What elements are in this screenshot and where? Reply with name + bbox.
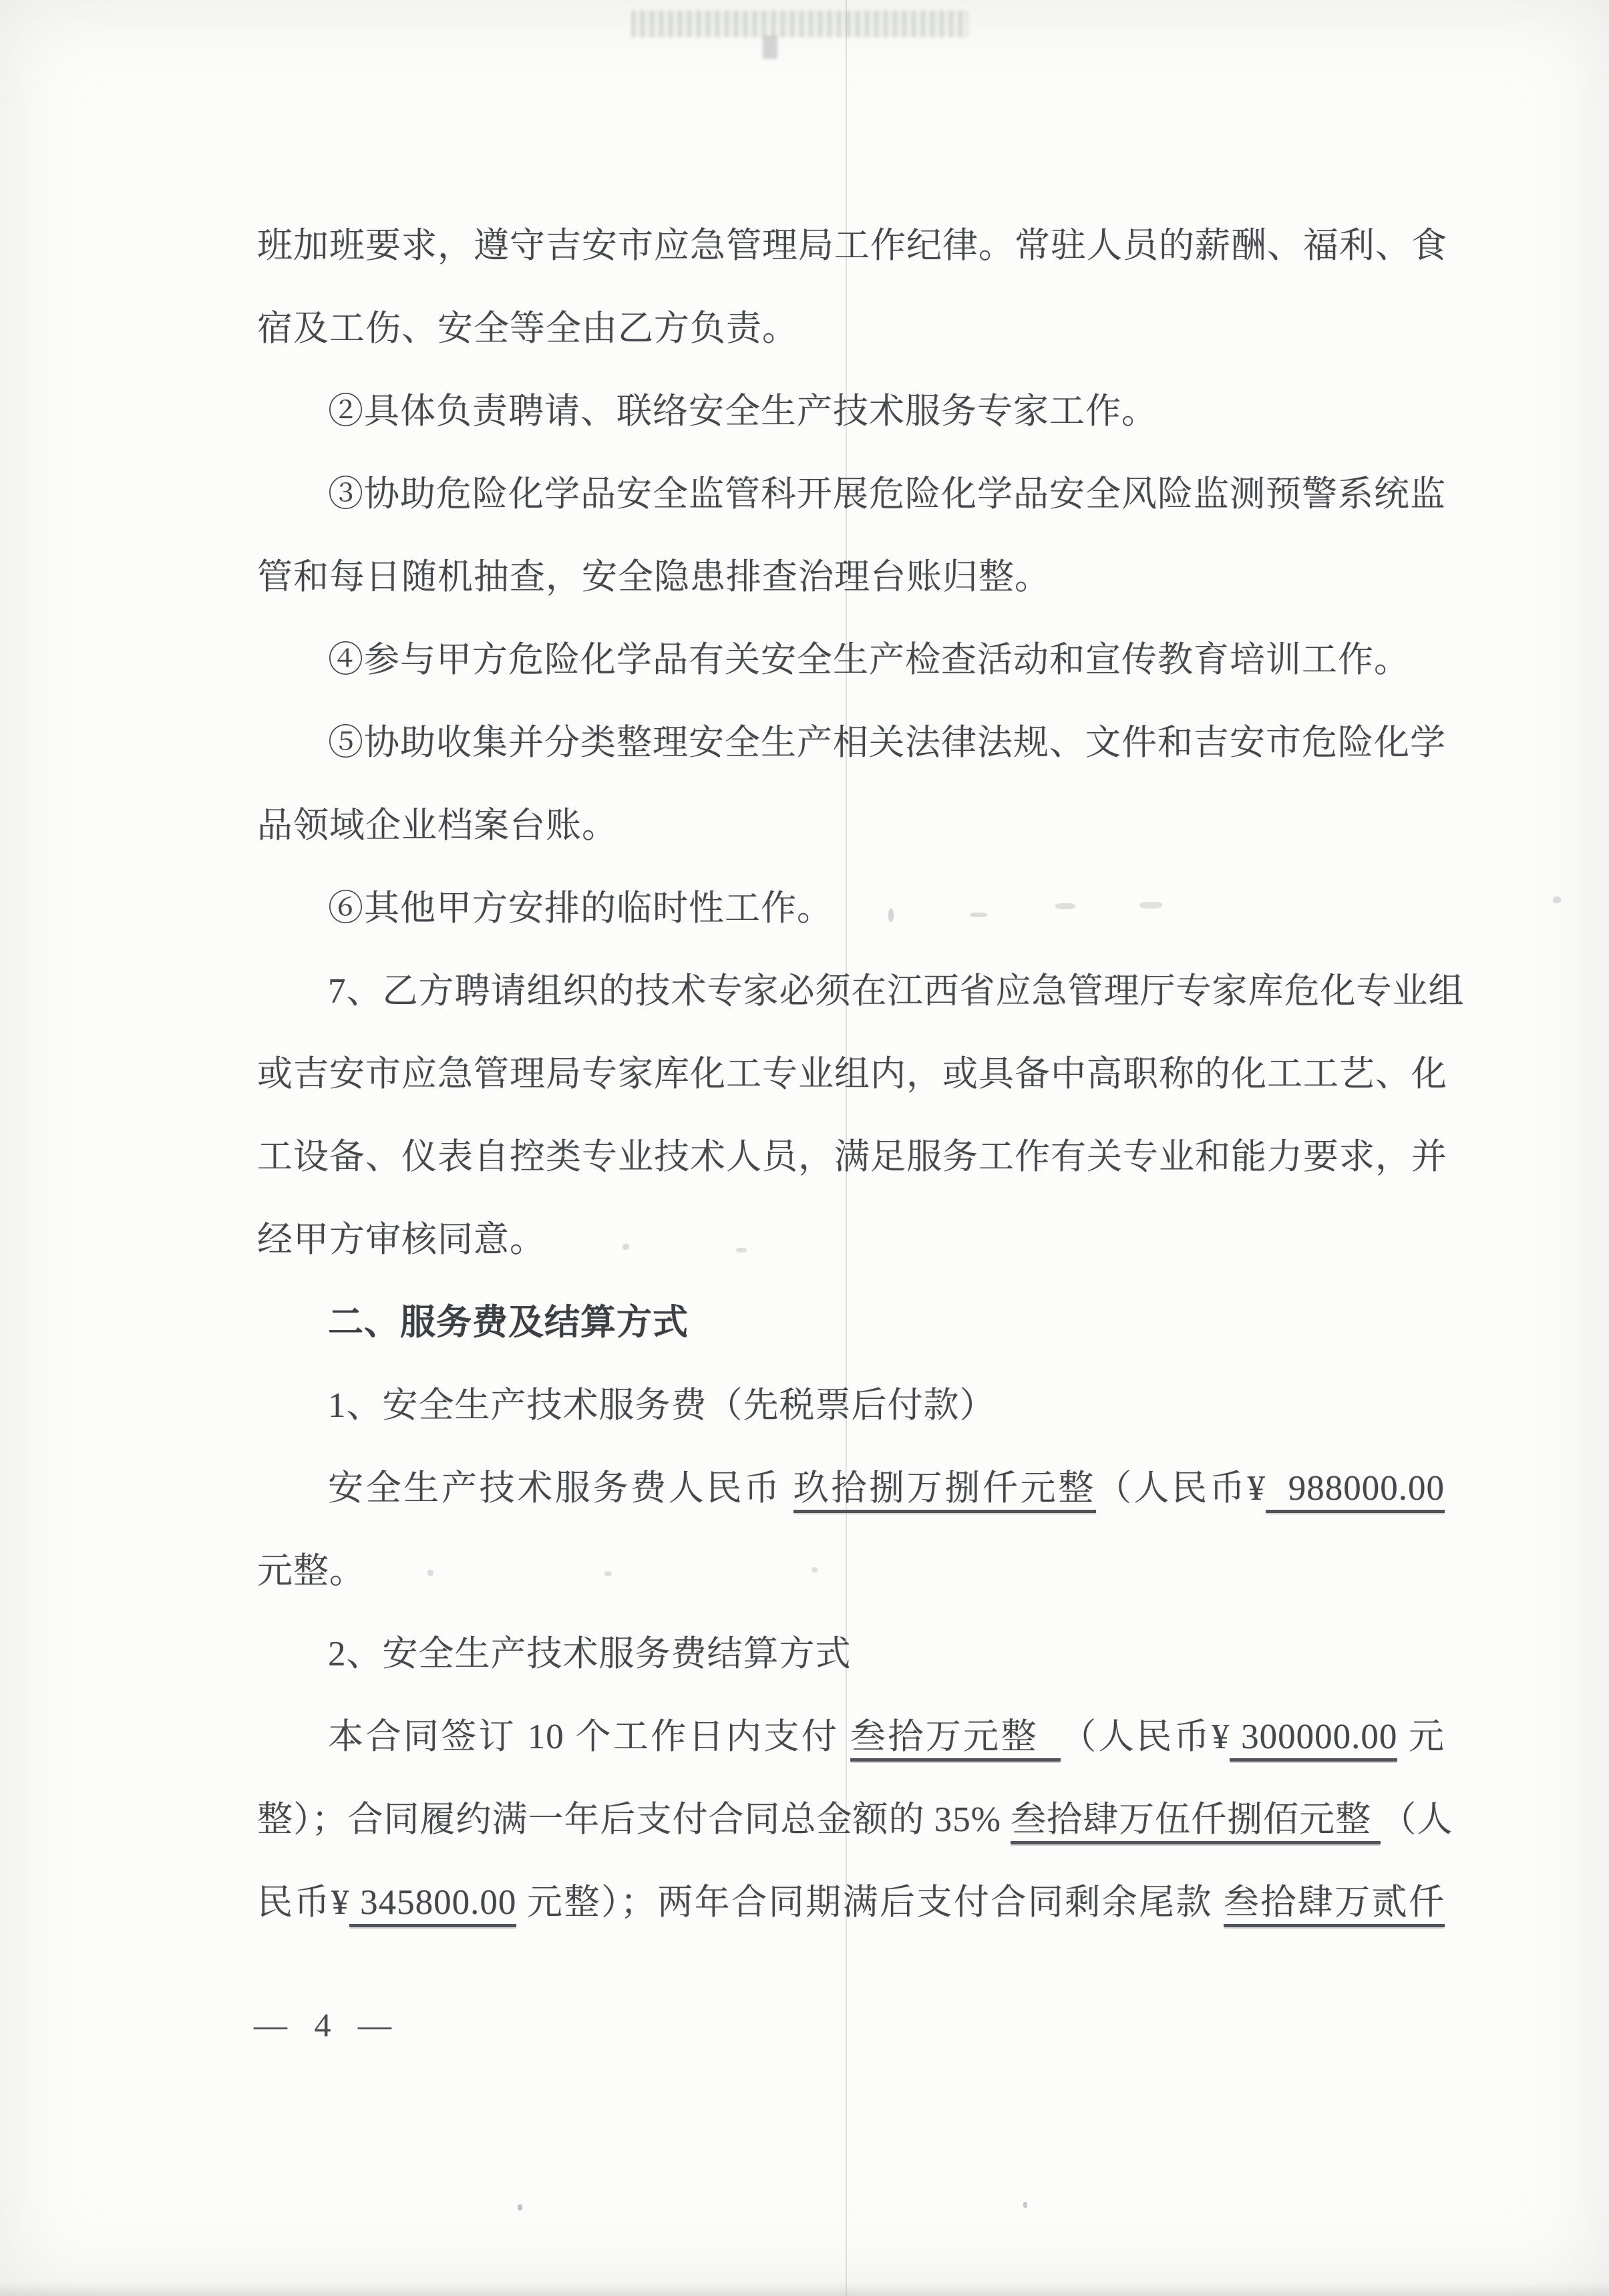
scan-smudge-tail (763, 36, 777, 59)
underlined-amount: 345800.00 (349, 1883, 516, 1927)
text-segment: 品领域企业档案台账。 (257, 806, 618, 845)
text-segment: ④参与甲方危险化学品有关安全生产检查活动和宣传教育培训工作。 (328, 641, 1410, 679)
text-line: 2、安全生产技术服务费结算方式 (257, 1613, 1445, 1695)
underlined-amount: 叁拾肆万伍仟捌佰元整 (1011, 1800, 1381, 1844)
text-segment: 安全生产技术服务费人民币 (328, 1469, 793, 1508)
text-segment: 整）；合同履约满一年后支付合同总金额的 35% (257, 1800, 1011, 1839)
underlined-amount: 玖拾捌万捌仟元整 (793, 1469, 1096, 1513)
text-segment: 元整。 (257, 1552, 365, 1591)
text-line: ④参与甲方危险化学品有关安全生产检查活动和宣传教育培训工作。 (257, 619, 1445, 701)
scan-smudge-top (631, 11, 968, 37)
text-segment: 2、安全生产技术服务费结算方式 (328, 1635, 852, 1673)
underlined-amount: 300000.00 (1230, 1717, 1397, 1762)
text-segment: 1、安全生产技术服务费（先税票后付款） (328, 1386, 996, 1425)
text-segment: 工设备、仪表自控类专业技术人员，满足服务工作有关专业和能力要求，并 (257, 1138, 1447, 1176)
text-line: 管和每日随机抽查，安全隐患排查治理台账归整。 (257, 536, 1445, 619)
scan-edge-shadow (0, 2283, 1609, 2296)
text-segment: ⑥其他甲方安排的临时性工作。 (328, 889, 833, 928)
underlined-amount: 叁拾肆万贰仟 (1224, 1883, 1445, 1927)
underlined-amount: 叁拾万元整 (850, 1717, 1061, 1762)
text-segment: 二、服务费及结算方式 (328, 1303, 689, 1342)
text-line: 或吉安市应急管理局专家库化工专业组内，或具备中高职称的化工工艺、化 (257, 1033, 1445, 1116)
text-segment: 宿及工伤、安全等全由乙方负责。 (257, 309, 798, 348)
text-line: 7、乙方聘请组织的技术专家必须在江西省应急管理厅专家库危化专业组 (257, 950, 1445, 1033)
text-segment: 本合同签订 10 个工作日内支付 (328, 1717, 850, 1756)
text-segment: 管和每日随机抽查，安全隐患排查治理台账归整。 (257, 558, 1051, 597)
text-segment: 或吉安市应急管理局专家库化工专业组内，或具备中高职称的化工工艺、化 (257, 1055, 1447, 1094)
text-segment: 元整）；两年合同期满后支付合同剩余尾款 (516, 1883, 1223, 1922)
scan-speck (518, 2204, 522, 2210)
text-segment: 班加班要求，遵守吉安市应急管理局工作纪律。常驻人员的薪酬、福利、食 (257, 226, 1447, 265)
text-line: 品领域企业档案台账。 (257, 784, 1445, 867)
text-line: 民币¥ 345800.00 元整）；两年合同期满后支付合同剩余尾款 叁拾肆万贰仟 (257, 1861, 1445, 1944)
text-segment: （人民币¥ (1061, 1717, 1230, 1756)
text-segment: 经甲方审核同意。 (257, 1220, 546, 1259)
text-segment: 民币¥ (257, 1883, 349, 1922)
text-line: ③协助危险化学品安全监管科开展危险化学品安全风险监测预警系统监 (257, 453, 1445, 536)
text-segment: ③协助危险化学品安全监管科开展危险化学品安全风险监测预警系统监 (328, 475, 1446, 514)
scanned-contract-page: 班加班要求，遵守吉安市应急管理局工作纪律。常驻人员的薪酬、福利、食宿及工伤、安全… (0, 0, 1609, 2296)
text-segment: ⑤协助收集并分类整理安全生产相关法律法规、文件和吉安市危险化学 (328, 723, 1446, 762)
underlined-amount: 988000.00 (1266, 1469, 1445, 1513)
text-line: 班加班要求，遵守吉安市应急管理局工作纪律。常驻人员的薪酬、福利、食 (257, 204, 1445, 287)
text-line: 整）；合同履约满一年后支付合同总金额的 35% 叁拾肆万伍仟捌佰元整 （人 (257, 1778, 1445, 1861)
text-block: 班加班要求，遵守吉安市应急管理局工作纪律。常驻人员的薪酬、福利、食宿及工伤、安全… (257, 204, 1445, 1944)
scan-speck (1553, 896, 1561, 903)
text-segment: 7、乙方聘请组织的技术专家必须在江西省应急管理厅专家库危化专业组 (328, 972, 1465, 1011)
text-line: ⑥其他甲方安排的临时性工作。 (257, 867, 1445, 950)
text-line: 二、服务费及结算方式 (257, 1281, 1445, 1364)
text-line: 宿及工伤、安全等全由乙方负责。 (257, 287, 1445, 370)
text-line: 安全生产技术服务费人民币 玖拾捌万捌仟元整（人民币¥ 988000.00 (257, 1447, 1445, 1530)
text-line: 工设备、仪表自控类专业技术人员，满足服务工作有关专业和能力要求，并 (257, 1116, 1445, 1198)
text-segment: （人 (1381, 1800, 1453, 1839)
text-segment: ②具体负责聘请、联络安全生产技术服务专家工作。 (328, 392, 1157, 431)
text-line: 元整。 (257, 1530, 1445, 1613)
text-line: 1、安全生产技术服务费（先税票后付款） (257, 1364, 1445, 1447)
footer-page-number: — 4 — (254, 2005, 401, 2044)
text-segment: （人民币¥ (1096, 1469, 1266, 1508)
text-line: 本合同签订 10 个工作日内支付 叁拾万元整 （人民币¥ 300000.00 元 (257, 1695, 1445, 1778)
text-line: ⑤协助收集并分类整理安全生产相关法律法规、文件和吉安市危险化学 (257, 701, 1445, 784)
scan-speck (1023, 2202, 1027, 2208)
text-line: 经甲方审核同意。 (257, 1198, 1445, 1281)
text-line: ②具体负责聘请、联络安全生产技术服务专家工作。 (257, 370, 1445, 453)
text-segment: 元 (1397, 1717, 1445, 1756)
